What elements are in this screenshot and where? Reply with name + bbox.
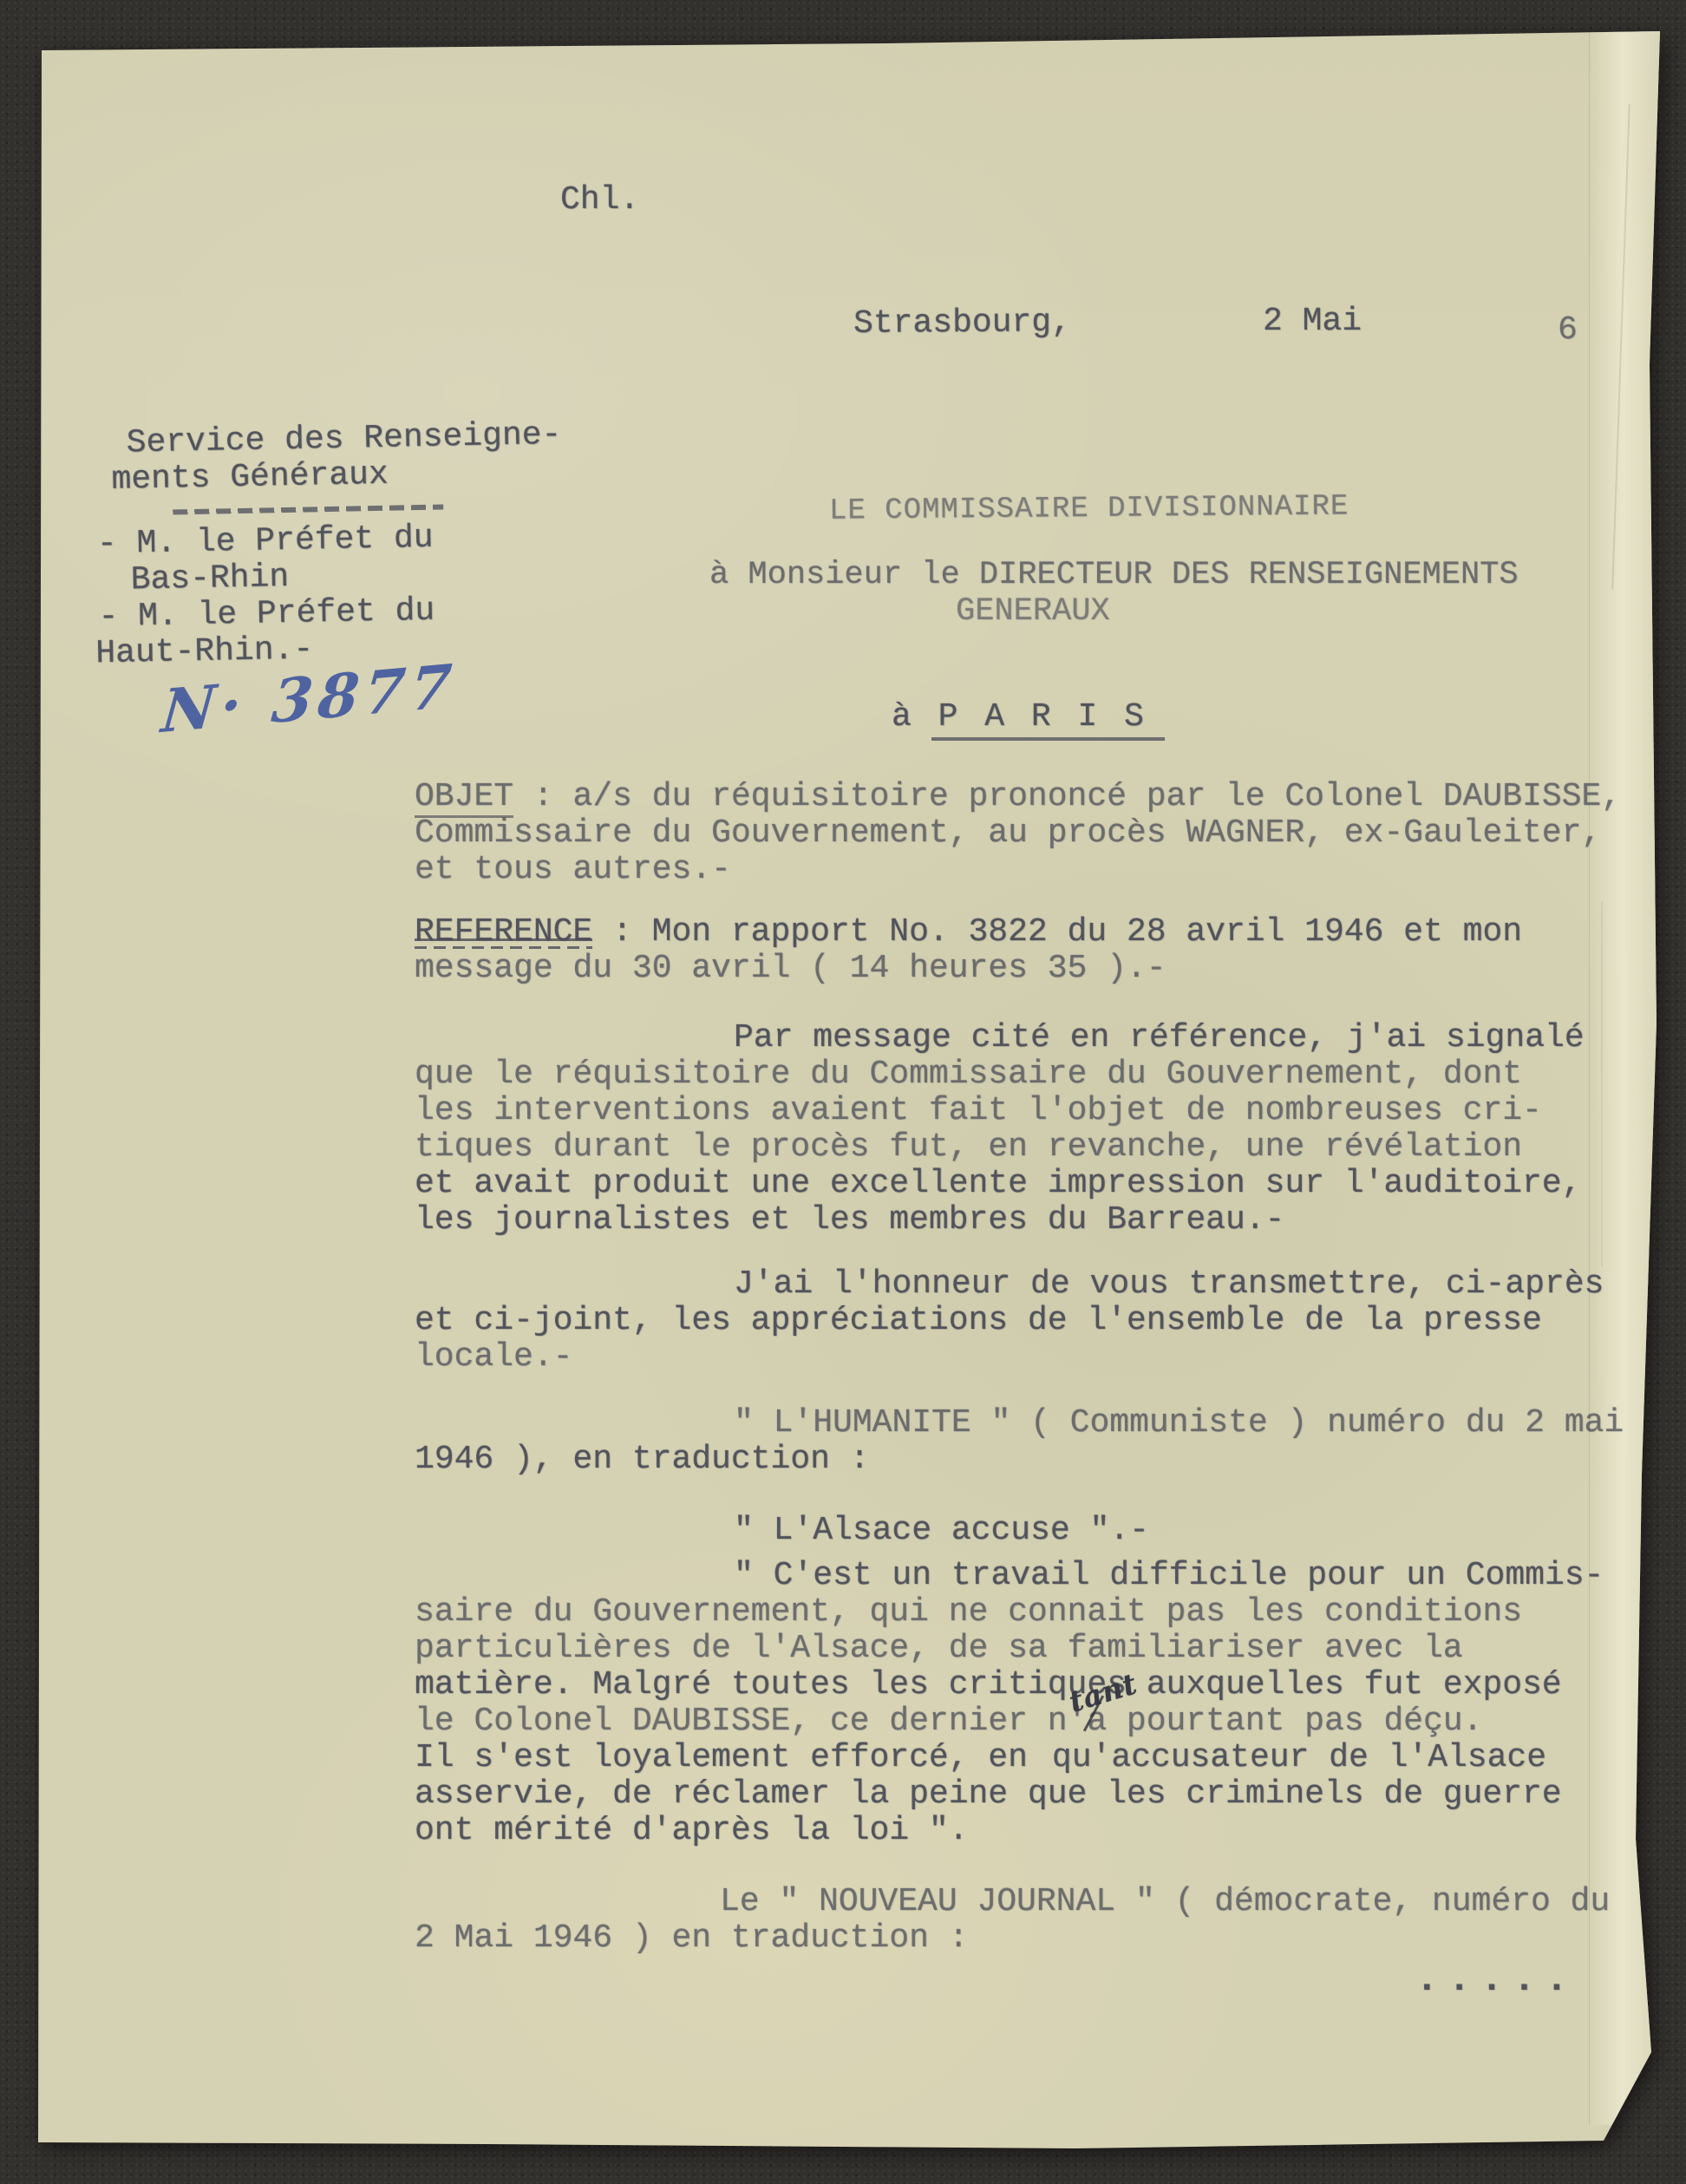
typed-line: REFERENCE : Mon rapport No. 3822 du 28 a… [415,914,1522,951]
destination-block: à P A R I S [892,699,1165,736]
paper-sheet: Chl. Strasbourg, 2 Mai 6 Service des Ren… [0,0,1686,2184]
typed-line: J'ai l'honneur de vous transmettre, ci-a… [415,1266,1604,1303]
quote-paragraph: " C'est un travail difficile pour un Com… [415,1558,1604,1849]
document-page: Chl. Strasbourg, 2 Mai 6 Service des Ren… [0,0,1686,2184]
typed-line: Par message cité en référence, j'ai sign… [415,1020,1585,1056]
paragraph: " L'Alsace accuse ".- [415,1513,1149,1549]
recipient-address-block: à Monsieur le DIRECTEUR DES RENSEIGNEMEN… [709,557,1519,630]
typed-line: tiques durant le procès fut, en revanche… [415,1129,1585,1166]
typed-line: OBJET : a/s du réquisitoire prononcé par… [415,779,1621,815]
typed-line: " L'Alsace accuse ".- [415,1513,1149,1549]
typed-line: particulières de l'Alsace, de sa familia… [415,1631,1604,1667]
city-label: Strasbourg, [853,304,1071,343]
typed-line: locale.- [415,1339,1604,1376]
typed-line: et ci-joint, les appréciations de l'ense… [415,1303,1604,1339]
typed-line: " L'HUMANITE " ( Communiste ) numéro du … [415,1405,1624,1442]
typed-line: les journalistes et les membres du Barre… [415,1202,1585,1239]
typist-initials: Chl. [560,182,639,219]
continuation-dots: ..... [1415,1962,1578,1998]
typed-line: message du 30 avril ( 14 heures 35 ).- [415,951,1522,987]
paragraph: " L'HUMANITE " ( Communiste ) numéro du … [415,1405,1624,1478]
reference-text: : Mon rapport No. 3822 du 28 avril 1946 … [592,913,1522,951]
typed-line: 2 Mai 1946 ) en traduction : [415,1920,1610,1957]
insertion-gap [1028,1740,1052,1776]
typed-line: ments Généraux [111,454,562,499]
typed-line: Commissaire du Gouvernement, au procès W… [415,815,1621,852]
typed-line: le Colonel DAUBISSE, ce dernier n'a pour… [415,1703,1604,1740]
typed-line: et avait produit une excellente impressi… [415,1166,1585,1202]
recipient-title-block: LE COMMISSAIRE DIVISIONNAIRE [829,488,1349,529]
date-label: 2 Mai [1263,304,1362,340]
typist-initials-block: Chl. [560,182,639,219]
reference-block: REFERENCE : Mon rapport No. 3822 du 28 a… [415,914,1522,987]
objet-text: : a/s du réquisitoire prononcé par le Co… [513,778,1621,815]
destination-prefix: à [892,698,931,736]
dateline-city: Strasbourg, [853,304,1071,343]
typed-line: Il s'est loyalement efforcé, en qu'accus… [415,1740,1604,1776]
sender-block: Service des Renseigne- ments Généraux - … [95,417,565,672]
paragraph: Par message cité en référence, j'ai sign… [415,1020,1585,1239]
dateline-date: 2 Mai [1263,304,1362,340]
typed-line: matière. Malgré toutes les critiques aux… [415,1667,1604,1703]
typed-line: asservie, de réclamer la peine que les c… [415,1776,1604,1813]
insertion-after: qu'accusateur de l'Alsace [1052,1739,1546,1776]
paper-crease [1601,902,1603,1266]
typed-line: saire du Gouvernement, qui ne connait pa… [415,1594,1604,1631]
paragraph: J'ai l'honneur de vous transmettre, ci-a… [415,1266,1604,1376]
typed-line: à Monsieur le DIRECTEUR DES RENSEIGNEMEN… [709,557,1519,593]
reference-label: REFERENCE [415,913,592,951]
typed-line: ont mérité d'après la loi ". [415,1813,1604,1849]
typed-line: et tous autres.- [415,852,1621,888]
typed-line: " C'est un travail difficile pour un Com… [415,1558,1604,1594]
typed-line: GENERAUX [956,593,1519,630]
scan-background: Chl. Strasbourg, 2 Mai 6 Service des Ren… [0,0,1686,2184]
page-number-block: 6 [1558,312,1578,349]
objet-block: OBJET : a/s du réquisitoire prononcé par… [415,779,1621,888]
destination-city: P A R I S [931,698,1165,741]
typed-line: les interventions avaient fait l'objet d… [415,1093,1585,1129]
typed-line: 1946 ), en traduction : [415,1442,1624,1478]
objet-label: OBJET [415,778,513,818]
continuation-dots-block: ..... [1415,1962,1578,1998]
insertion-before: Il s'est loyalement efforcé, en [415,1739,1028,1776]
typed-line: Le " NOUVEAU JOURNAL " ( démocrate, numé… [415,1884,1610,1920]
closing-paragraph: Le " NOUVEAU JOURNAL " ( démocrate, numé… [415,1884,1610,1957]
recipient-title: LE COMMISSAIRE DIVISIONNAIRE [829,488,1349,529]
typed-line: que le réquisitoire du Commissaire du Go… [415,1056,1585,1093]
page-number: 6 [1558,312,1578,349]
dashed-separator [173,504,443,514]
